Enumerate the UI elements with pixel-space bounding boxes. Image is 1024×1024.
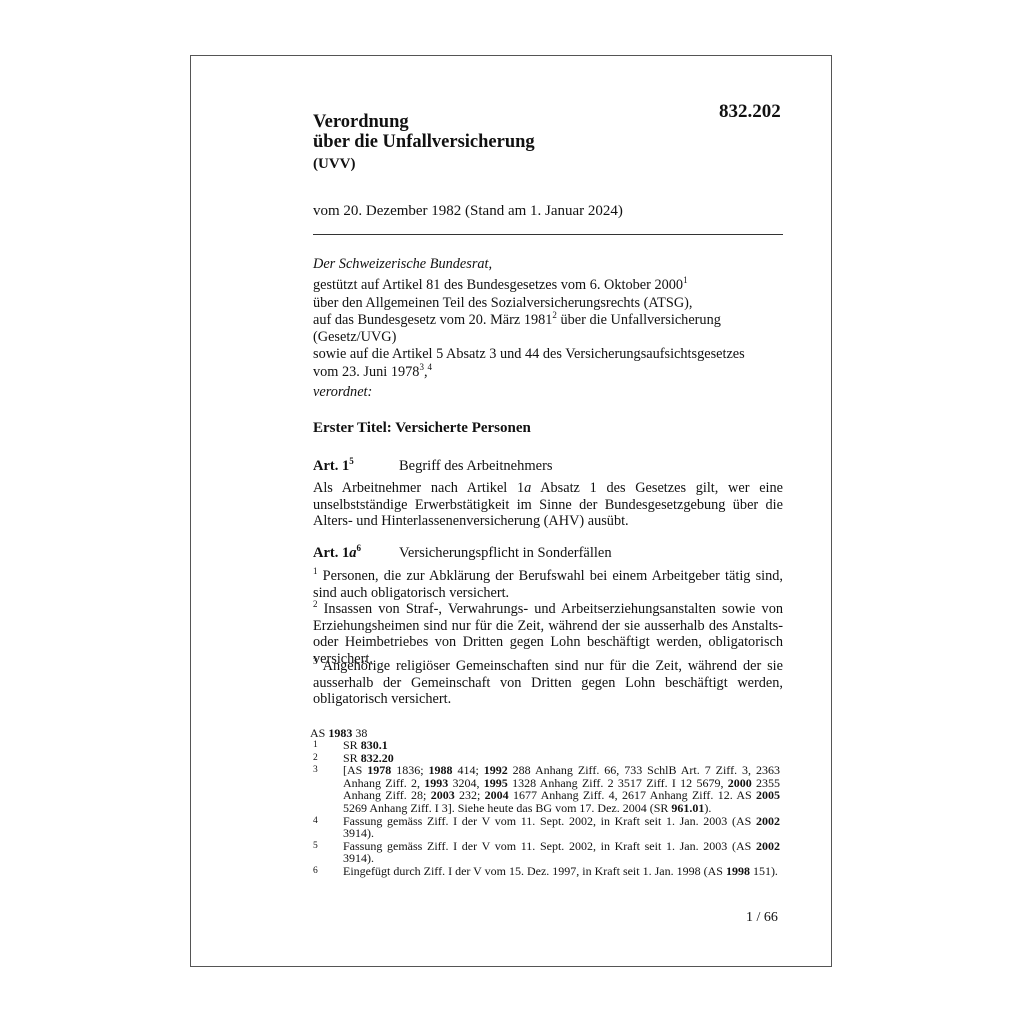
- article-label: Begriff des Arbeitnehmers: [399, 458, 553, 474]
- title-divider: [313, 234, 783, 235]
- footnote-text: Fassung gemäss Ziff. I der V vom 11. Sep…: [343, 815, 780, 840]
- footnote-number: 6: [310, 865, 343, 878]
- footnote-ref[interactable]: 1: [683, 276, 688, 286]
- article-1a-heading: Art. 1a6Versicherungspflicht in Sonderfä…: [313, 545, 612, 562]
- preamble: Der Schweizerische Bundesrat, gestützt a…: [313, 256, 783, 401]
- footnote-ref[interactable]: 5: [349, 456, 354, 466]
- preamble-line: über den Allgemeinen Teil des Sozialvers…: [313, 295, 783, 312]
- title-line-2: über die Unfallversicherung: [313, 132, 535, 152]
- document-abbreviation: (UVV): [313, 156, 356, 173]
- footnote-item: 6Eingefügt durch Ziff. I der V vom 15. D…: [310, 865, 780, 878]
- footnote-text: [AS 1978 1836; 1988 414; 1992 288 Anhang…: [343, 764, 780, 814]
- article-1a-paragraph-1: 1 Personen, die zur Abklärung der Berufs…: [313, 568, 783, 601]
- section-title: Erster Titel: Versicherte Personen: [313, 420, 531, 437]
- preamble-line: auf das Bundesgesetz vom 20. März 19812 …: [313, 312, 783, 329]
- footnote-number: 5: [310, 840, 343, 865]
- footnote-ref[interactable]: 4: [428, 362, 433, 372]
- page-number: 1 / 66: [746, 910, 778, 926]
- article-1-body: Als Arbeitnehmer nach Artikel 1a Absatz …: [313, 480, 783, 530]
- preamble-line: vom 23. Juni 19783,4: [313, 364, 783, 381]
- preamble-line: gestützt auf Artikel 81 des Bundesgesetz…: [313, 277, 783, 294]
- article-number: Art. 15: [313, 458, 399, 475]
- title-line-1: Verordnung: [313, 112, 535, 132]
- article-number: Art. 1a6: [313, 545, 399, 562]
- footnote-text: Fassung gemäss Ziff. I der V vom 11. Sep…: [343, 840, 780, 865]
- footnote-number: 1: [310, 739, 343, 752]
- footnote-number: 3: [310, 764, 343, 814]
- preamble-line: sowie auf die Artikel 5 Absatz 3 und 44 …: [313, 346, 783, 363]
- footnote-item: 3[AS 1978 1836; 1988 414; 1992 288 Anhan…: [310, 764, 780, 814]
- preamble-line: (Gesetz/UVG): [313, 329, 783, 346]
- article-1-heading: Art. 15Begriff des Arbeitnehmers: [313, 458, 553, 475]
- footnote-item: 5Fassung gemäss Ziff. I der V vom 11. Se…: [310, 840, 780, 865]
- preamble-verordnet: verordnet:: [313, 384, 783, 401]
- article-1a-paragraph-3: 3 Angehörige religiöser Gemeinschaften s…: [313, 658, 783, 708]
- footnote-ref[interactable]: 6: [357, 543, 362, 553]
- footnote-text: SR 830.1: [343, 739, 780, 752]
- footnotes: 1SR 830.12SR 832.203[AS 1978 1836; 1988 …: [310, 739, 780, 878]
- preamble-intro: Der Schweizerische Bundesrat,: [313, 256, 783, 273]
- footnote-text: Eingefügt durch Ziff. I der V vom 15. De…: [343, 865, 780, 878]
- document-date: vom 20. Dezember 1982 (Stand am 1. Janua…: [313, 203, 623, 220]
- article-label: Versicherungspflicht in Sonderfällen: [399, 545, 612, 561]
- footnote-number: 2: [310, 752, 343, 765]
- sr-number: 832.202: [719, 101, 781, 123]
- document-title: Verordnung über die Unfallversicherung: [313, 112, 535, 152]
- footnote-number: 4: [310, 815, 343, 840]
- footnote-item: 4Fassung gemäss Ziff. I der V vom 11. Se…: [310, 815, 780, 840]
